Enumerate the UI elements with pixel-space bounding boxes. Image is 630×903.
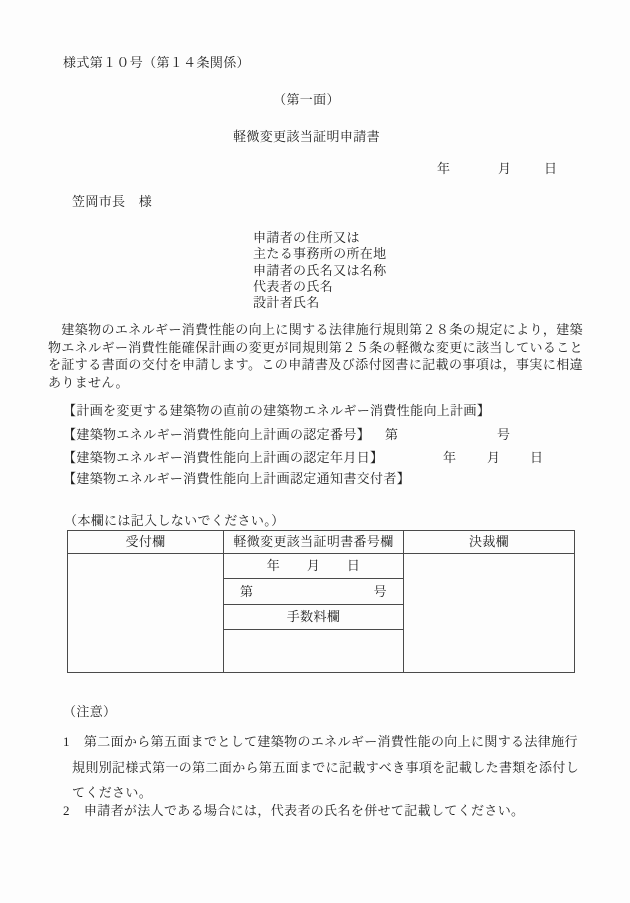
document-title: 軽微変更該当証明申請書 [0,129,613,145]
applicant-office-label: 主たる事務所の所在地 [253,246,387,262]
cert-number-suffix-label: 号 [497,427,510,443]
certificate-date-cell: 年 月 日 [224,554,403,579]
approval-column-header: 決裁欄 [404,531,574,554]
addressee-mayor: 笠岡市長 様 [72,194,152,210]
note-2-text: 申請者が法人である場合には，代表者の氏名を併せて記載してください。 [84,803,525,818]
table-number-suffix-label: 号 [374,584,387,600]
certificate-number-column-header: 軽微変更該当証明書番号欄 [224,531,403,554]
previous-plan-label: 【計画を変更する建築物の直前の建築物エネルギー消費性能向上計画】 [63,403,490,418]
notice-issuer-label: 【建築物エネルギー消費性能向上計画認定通知書交付者】 [63,471,410,486]
note-1-number: 1 [63,734,70,749]
date-month-label: 月 [498,161,511,177]
bracket-line-certification-number: 【建築物エネルギー消費性能向上計画の認定番号】 第 号 [0,427,630,445]
bracket-line-notice-issuer: 【建築物エネルギー消費性能向上計画認定通知書交付者】 [0,471,630,489]
date-year-label: 年 [437,161,450,177]
reception-column-header: 受付欄 [68,531,223,554]
declaration-paragraph: 建築物のエネルギー消費性能の向上に関する法律施行規則第２８条の規定により，建築物… [48,321,583,391]
document-page: 様式第１０号（第１４条関係） （第一面） 軽微変更該当証明申請書 年 月 日 笠… [0,0,630,903]
fee-cell-label: 手数料欄 [224,605,403,630]
designer-name-label: 設計者氏名 [253,295,387,311]
reception-blank-cell [68,554,223,672]
certificate-number-cell: 第 号 [224,579,403,605]
form-number: 様式第１０号（第１４条関係） [63,55,250,71]
application-date-line: 年 月 日 [0,161,630,178]
certification-number-label: 【建築物エネルギー消費性能向上計画の認定番号】 [63,427,370,442]
note-2-number: 2 [63,803,70,818]
reception-column: 受付欄 [68,531,224,672]
note-1-text: 第二面から第五面までとして建築物のエネルギー消費性能の向上に関する法律施行規則別… [72,734,579,800]
applicant-fields-block: 申請者の住所又は 主たる事務所の所在地 申請者の氏名又は名称 代表者の氏名 設計… [253,230,387,311]
office-use-note: （本欄には記入しないでください。） [64,513,284,529]
date-day-label: 日 [544,161,557,177]
cert-year-label: 年 [443,450,456,466]
office-use-table: 受付欄 軽微変更該当証明書番号欄 年 月 日 第 号 手数料欄 決裁欄 [67,530,575,673]
cert-day-label: 日 [530,450,543,466]
notes-heading: （注意） [63,704,116,720]
cert-number-prefix-label: 第 [385,427,398,443]
representative-name-label: 代表者の氏名 [253,279,387,295]
table-number-prefix-label: 第 [240,584,253,600]
certificate-number-column: 軽微変更該当証明書番号欄 年 月 日 第 号 手数料欄 [224,531,404,672]
bracket-line-previous-plan: 【計画を変更する建築物の直前の建築物エネルギー消費性能向上計画】 [0,403,630,421]
applicant-address-label: 申請者の住所又は [253,230,387,246]
sheet-face-label: （第一面） [0,92,613,108]
certification-date-label: 【建築物エネルギー消費性能向上計画の認定年月日】 [63,450,383,465]
applicant-name-label: 申請者の氏名又は名称 [253,263,387,279]
approval-column: 決裁欄 [404,531,574,672]
certificate-blank-cell [224,630,403,672]
note-item-1: 1第二面から第五面までとして建築物のエネルギー消費性能の向上に関する法律施行規則… [63,729,589,806]
approval-blank-cell [404,554,574,672]
note-item-2: 2申請者が法人である場合には，代表者の氏名を併せて記載してください。 [63,798,589,824]
bracket-line-certification-date: 【建築物エネルギー消費性能向上計画の認定年月日】 年 月 日 [0,450,630,468]
cert-month-label: 月 [487,450,500,466]
